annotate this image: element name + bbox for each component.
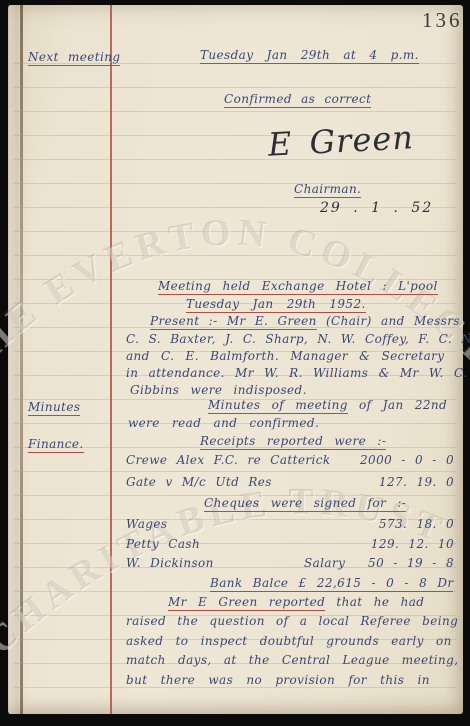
- report-line-5: but there was no provision for this in: [126, 673, 430, 687]
- receipt-amount: 127. 19. 0: [379, 475, 454, 489]
- present-line-4: in attendance. Mr W. R. Williams & Mr W.…: [126, 366, 467, 380]
- cheques-heading: Cheques were signed for :-: [204, 496, 406, 510]
- report-line-2: raised the question of a local Referee b…: [126, 614, 458, 628]
- report-line-1: Mr E Green reported that he had: [168, 595, 424, 609]
- present-line-1: Present :- Mr E. Green (Chair) and Messr…: [150, 314, 460, 328]
- margin-note-next-meeting: Next meeting: [28, 50, 120, 64]
- report-line-4: match days, at the Central League meetin…: [126, 653, 458, 667]
- chairman-signature: E Green: [267, 118, 415, 164]
- page-edge: [9, 5, 19, 714]
- meeting-title-line: Meeting held Exchange Hotel : L'pool: [158, 279, 438, 293]
- receipt-label: Crewe Alex F.C. re Catterick: [126, 453, 331, 467]
- cheque-amount: 573. 18. 0: [379, 517, 454, 531]
- report-line-3: asked to inspect doubtful grounds early …: [126, 634, 452, 648]
- meeting-date-line: Tuesday Jan 29th 1952.: [186, 297, 366, 311]
- margin-note-minutes: Minutes: [28, 400, 80, 414]
- chairman-label: Chairman.: [294, 182, 361, 196]
- next-meeting-date-line: Tuesday Jan 29th at 4 p.m.: [200, 48, 419, 62]
- red-margin-line: [110, 5, 112, 714]
- receipt-amount: 2000 - 0 - 0: [360, 453, 454, 467]
- cheque-detail: Salary: [304, 556, 345, 570]
- receipt-label: Gate v M/c Utd Res: [126, 475, 272, 489]
- receipt-row-gate: Gate v M/c Utd Res 127. 19. 0: [126, 475, 454, 489]
- cheque-amount: 50 - 19 - 8: [368, 556, 454, 570]
- binding-edge: [20, 5, 23, 714]
- cheque-label: Wages: [126, 517, 167, 531]
- receipts-heading: Receipts reported were :-: [200, 434, 386, 448]
- bank-balance-line: Bank Balce £ 22,615 - 0 - 8 Dr: [210, 576, 453, 590]
- present-line-2: C. S. Baxter, J. C. Sharp, N. W. Coffey,…: [126, 332, 470, 346]
- confirmed-line: Confirmed as correct: [224, 92, 371, 106]
- cheque-label: W. Dickinson: [126, 556, 214, 570]
- cheque-row-petty-cash: Petty Cash 129. 12. 10: [126, 537, 454, 551]
- ledger-photo: THE EVERTON COLLECTION THE EVERTON COLLE…: [0, 0, 470, 726]
- receipt-row-crewe: Crewe Alex F.C. re Catterick 2000 - 0 - …: [126, 453, 454, 467]
- minutes-line-1: Minutes of meeting of Jan 22nd: [208, 398, 447, 412]
- present-line-3: and C. E. Balmforth. Manager & Secretary: [126, 349, 444, 363]
- cheque-row-dickinson: W. Dickinson Salary 50 - 19 - 8: [126, 556, 454, 570]
- margin-note-finance: Finance.: [28, 437, 84, 451]
- cheque-amount: 129. 12. 10: [371, 537, 454, 551]
- page-number: 136: [422, 8, 463, 33]
- minutes-line-2: were read and confirmed.: [128, 416, 319, 430]
- cheque-row-wages: Wages 573. 18. 0: [126, 517, 454, 531]
- present-line-5: Gibbins were indisposed.: [130, 383, 307, 397]
- signature-date: 29 . 1 . 52: [320, 200, 433, 216]
- cheque-label: Petty Cash: [126, 537, 200, 551]
